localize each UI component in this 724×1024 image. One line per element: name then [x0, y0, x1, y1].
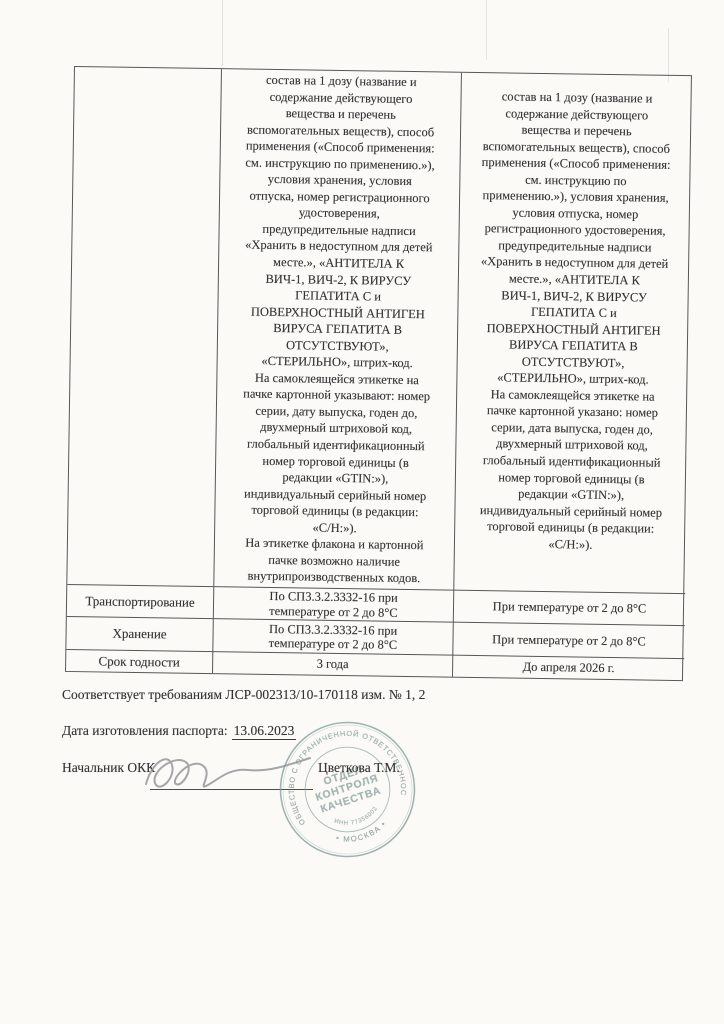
expiry-date-value: До апреля 2026 г. [452, 655, 684, 680]
marking-text-primary-pack: состав на 1 дозу (название и содержание … [213, 69, 461, 590]
transport-conditions-primary: По СП3.3.2.3332-16 при температуре от 2 … [213, 586, 453, 622]
signature-scribble [136, 738, 322, 802]
row-label-transport: Транспортирование [67, 584, 213, 618]
specs-table: состав на 1 дозу (название и содержание … [65, 66, 692, 681]
storage-conditions-secondary: При температуре от 2 до 8°С [452, 622, 684, 658]
row-label-shelf-life: Срок годности [66, 649, 212, 673]
compliance-note: Соответствует требованиям ЛСР-002313/10-… [62, 687, 425, 703]
empty-label-cell [67, 67, 221, 586]
marking-text-secondary-pack: состав на 1 дозу (название и содержание … [453, 73, 693, 593]
transport-conditions-secondary: При температуре от 2 до 8°С [453, 590, 685, 625]
scan-artifact-line [222, 0, 223, 66]
passport-date-line: Дата изготовления паспорта:13.06.2023 [62, 723, 296, 739]
storage-conditions-primary: По СП3.3.2.3332-16 при температуре от 2 … [212, 618, 452, 655]
row-label-storage: Хранение [66, 616, 212, 651]
document-page: состав на 1 дозу (название и содержание … [0, 0, 724, 1024]
passport-date-label: Дата изготовления паспорта: [62, 723, 228, 738]
signatory-name: Цветкова Т.М. [318, 760, 400, 776]
shelf-life-value: 3 года [212, 651, 452, 677]
scan-artifact-line [486, 0, 487, 60]
